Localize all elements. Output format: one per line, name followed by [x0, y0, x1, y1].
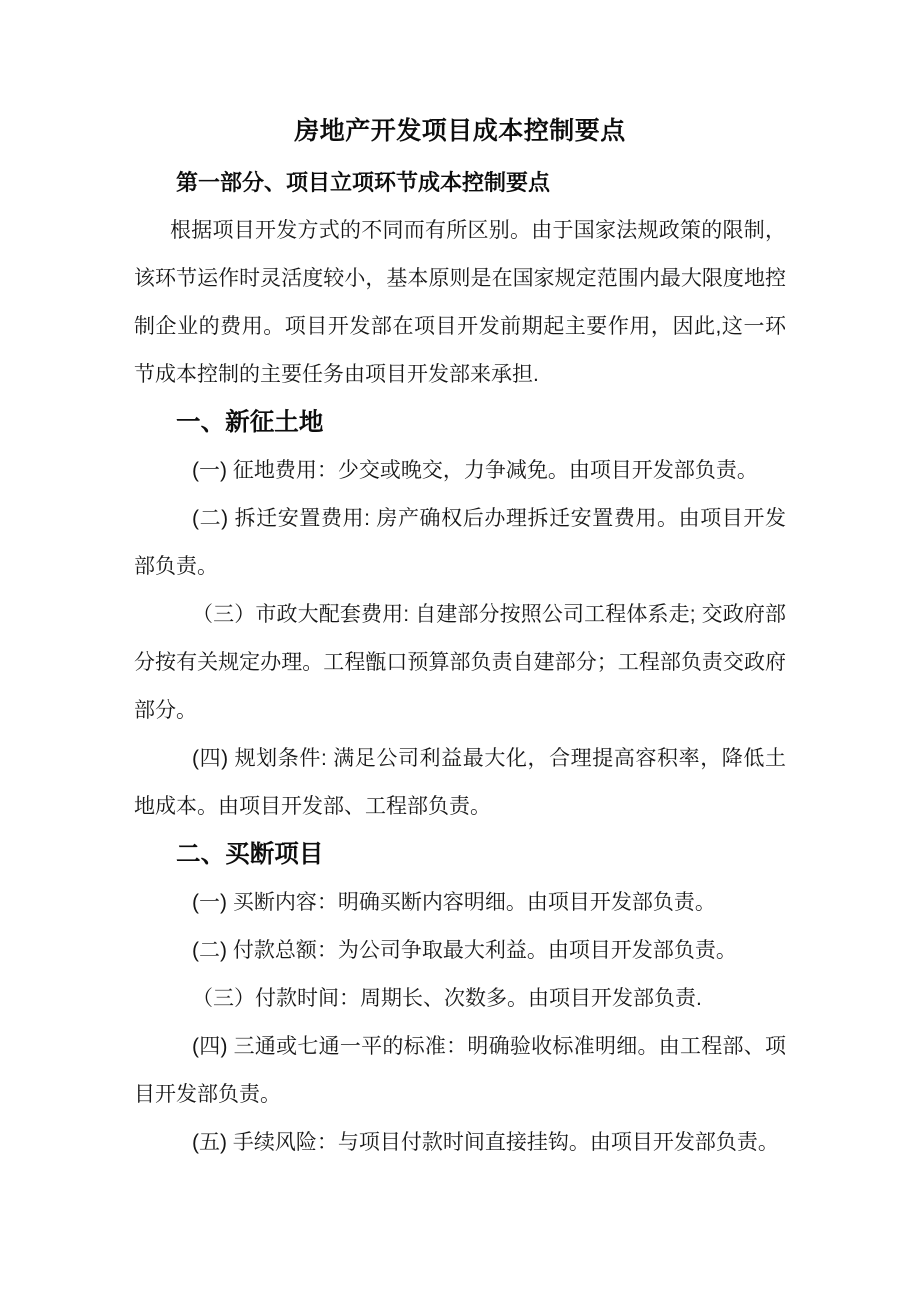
document-page: 房地产开发项目成本控制要点 第一部分、项目立项环节成本控制要点 根据项目开发方式…: [0, 0, 920, 1301]
list-item: (二) 付款总额：为公司争取最大利益。由项目开发部负责。: [134, 927, 786, 975]
list-item: (一) 买断内容：明确买断内容明细。由项目开发部负责。: [134, 879, 786, 927]
section-heading-new-land: 一、新征土地: [134, 399, 786, 447]
intro-paragraph: 根据项目开发方式的不同而有所区别。由于国家法规政策的限制，该环节运作时灵活度较小…: [134, 207, 786, 399]
list-item: （三）市政大配套费用: 自建部分按照公司工程体系走; 交政府部分按有关规定办理。…: [134, 591, 786, 735]
document-title: 房地产开发项目成本控制要点: [134, 0, 786, 146]
document-content: 房地产开发项目成本控制要点 第一部分、项目立项环节成本控制要点 根据项目开发方式…: [0, 0, 920, 1167]
list-item: (一) 征地费用：少交或晚交，力争减免。由项目开发部负责。: [134, 447, 786, 495]
list-item: (二) 拆迁安置费用: 房产确权后办理拆迁安置费用。由项目开发部负责。: [134, 495, 786, 591]
section-heading-buyout-project: 二、买断项目: [134, 831, 786, 879]
list-item: （三）付款时间：周期长、次数多。由项目开发部负责.: [134, 975, 786, 1023]
part-heading: 第一部分、项目立项环节成本控制要点: [134, 159, 786, 207]
list-item: (四) 三通或七通一平的标准：明确验收标准明细。由工程部、项目开发部负责。: [134, 1023, 786, 1119]
list-item: (五) 手续风险：与项目付款时间直接挂钩。由项目开发部负责。: [134, 1119, 786, 1167]
list-item: (四) 规划条件: 满足公司利益最大化，合理提高容积率，降低土地成本。由项目开发…: [134, 735, 786, 831]
